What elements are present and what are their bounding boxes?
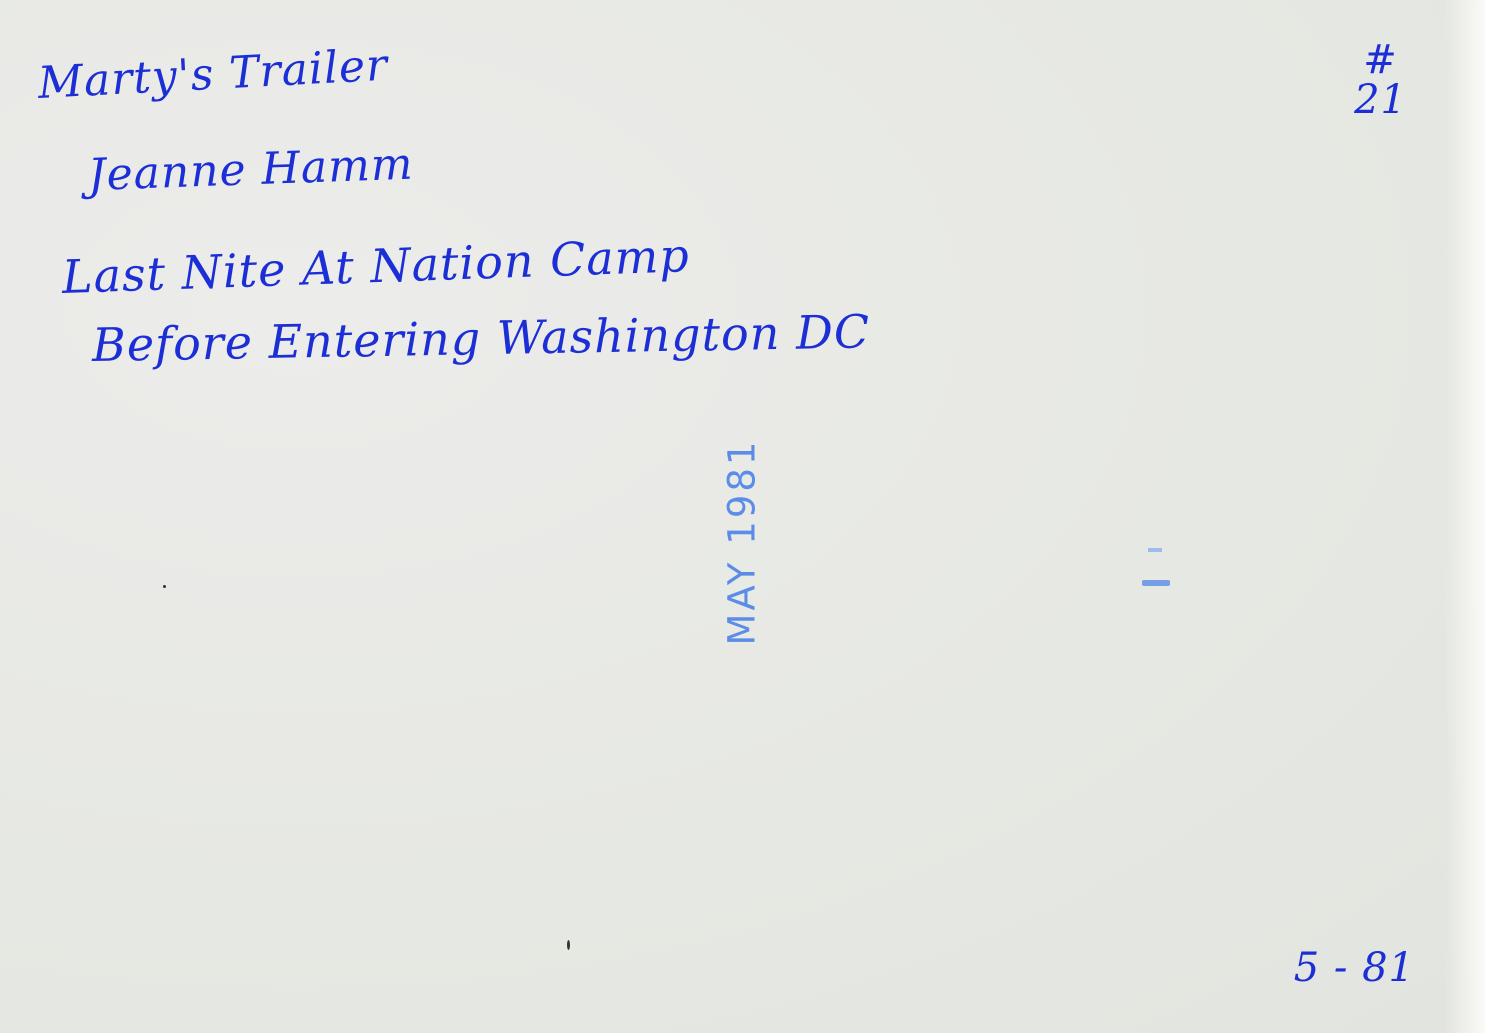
photo-number: # 21 — [1354, 40, 1407, 120]
date-stamp: MAY 1981 — [721, 439, 764, 646]
hash-mark: # — [1354, 40, 1407, 80]
caption-line-2: Jeanne Hamm — [87, 139, 414, 201]
stamp-mark — [1142, 548, 1172, 586]
paper-speck — [163, 585, 166, 588]
caption-line-1: Marty's Trailer — [37, 40, 390, 109]
paper-speck — [567, 940, 570, 950]
photo-number-value: 21 — [1354, 80, 1407, 120]
date-code: 5 - 81 — [1294, 945, 1415, 991]
paper-edge — [1445, 0, 1485, 1033]
photo-back-card: Marty's Trailer Jeanne Hamm Last Nite At… — [0, 0, 1485, 1033]
stamp-mark-bottom — [1142, 580, 1170, 586]
caption-line-4: Before Entering Washington DC — [92, 304, 871, 372]
caption-line-3: Last Nite At Nation Camp — [61, 228, 691, 304]
stamp-mark-top — [1148, 548, 1162, 552]
